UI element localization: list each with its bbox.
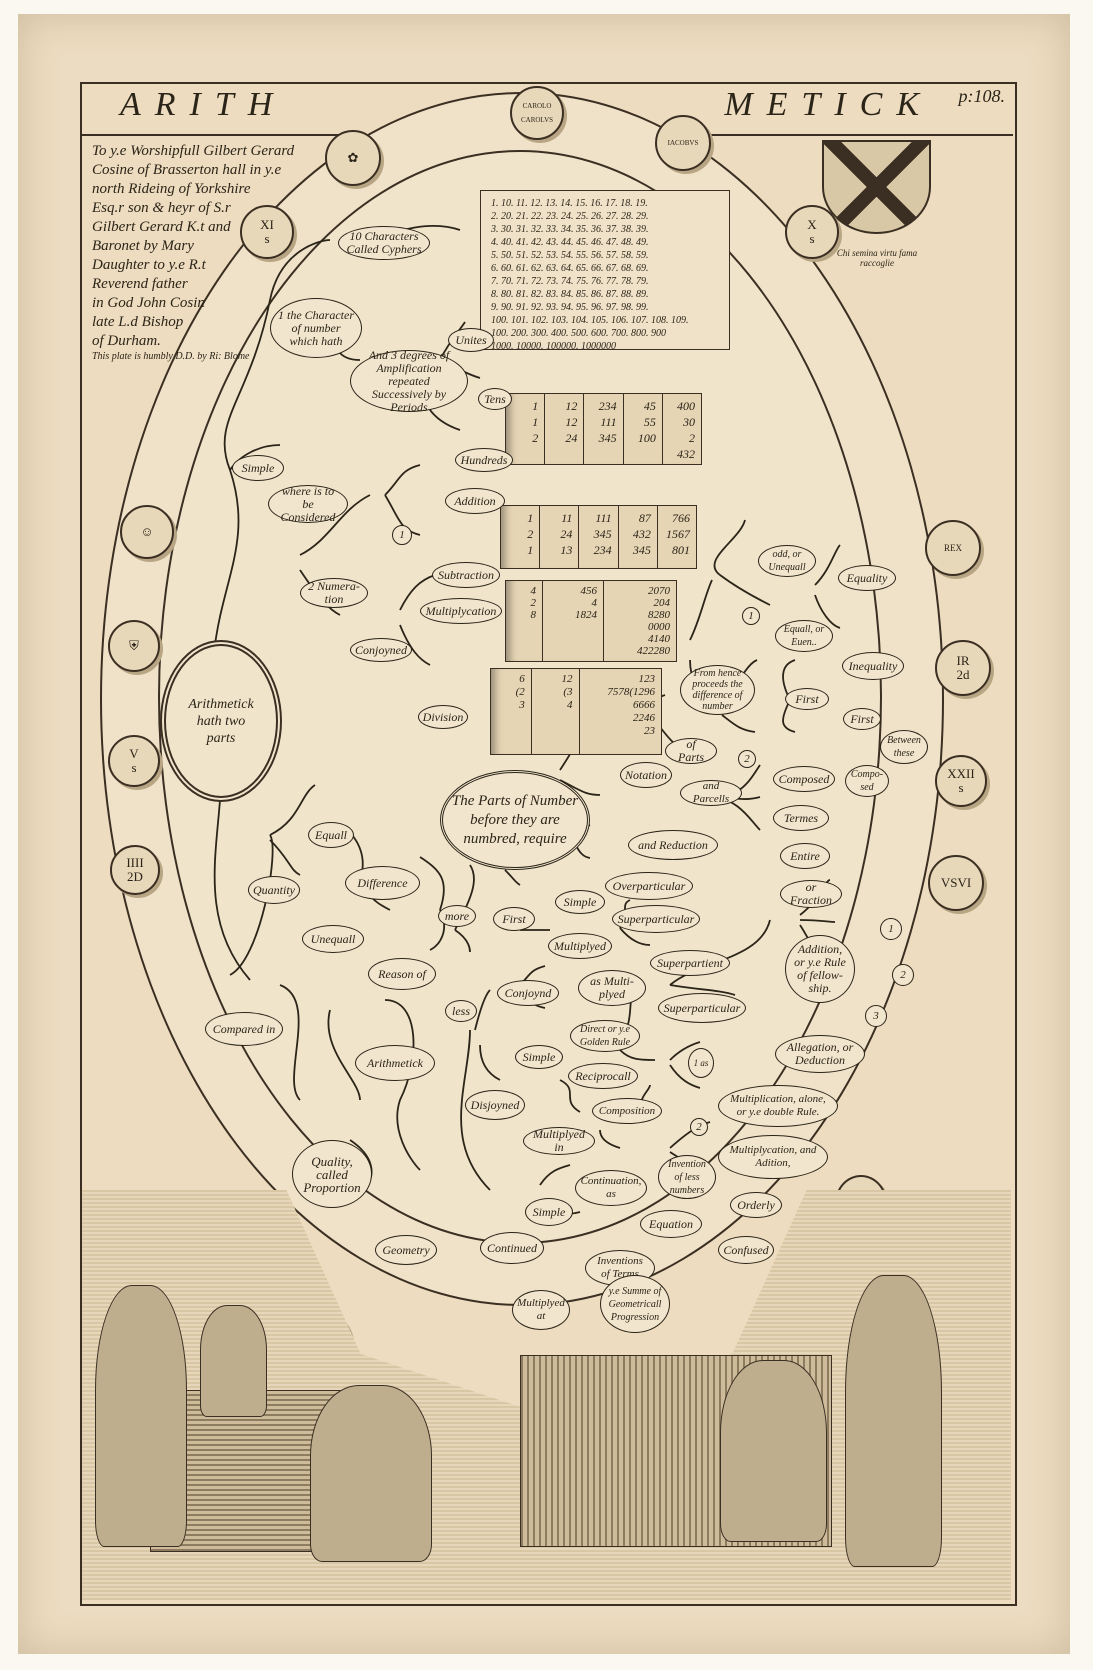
numbers-scroll: 1. 10. 11. 12. 13. 14. 15. 16. 17. 18. 1… <box>480 190 730 350</box>
node-first-c: First <box>493 907 535 931</box>
node-circle-1: 1 <box>392 525 412 545</box>
node-odd-unequall: odd, or Unequall <box>758 545 816 577</box>
coin-crown-v-icon: V s <box>108 735 160 787</box>
node-composed-a: Composed <box>773 766 835 792</box>
coin-vsvi-icon: VSVI <box>928 855 984 911</box>
node-overparticular: Overparticular <box>605 872 693 900</box>
node-difference-of-number: From hence proceeds the difference of nu… <box>680 665 755 715</box>
node-called-cyphers: 10 Characters Called Cyphers <box>338 226 430 260</box>
node-termes: Termes <box>773 805 829 831</box>
node-circle-2-comp: 2 <box>690 1118 708 1136</box>
coin-shield-icon: ⛨ <box>108 620 160 672</box>
seated-youth-figure <box>200 1305 267 1417</box>
node-multiplycation: Multiplycation <box>420 598 502 624</box>
node-less: less <box>445 1000 477 1022</box>
node-superparticular-a: Superparticular <box>612 905 700 933</box>
node-disjoyned: Disjoyned <box>465 1090 525 1120</box>
node-addition: Addition <box>445 488 505 514</box>
coin-iacobus-icon: IACOBVS <box>655 115 711 171</box>
node-continued: Continued <box>480 1232 544 1264</box>
node-equall-even: Equall, or Euen.. <box>775 620 833 652</box>
node-quantity: Quantity <box>248 876 300 904</box>
node-and-parcells: and Parcells <box>680 780 742 806</box>
node-allegation: Allegation, or Deduction <box>775 1035 865 1073</box>
node-notation: Notation <box>620 762 672 788</box>
coin-iiii-icon: IIII 2D <box>110 845 160 895</box>
node-tens: Tens <box>478 388 512 410</box>
node-difference: Difference <box>345 866 420 900</box>
node-fellowship-1: 1 <box>880 918 902 940</box>
subtraction-scroll: 1 2 111 24 13 111 345 23487 432 345 766 … <box>500 505 697 569</box>
node-division: Division <box>418 705 468 729</box>
node-continuation: Continuation, as <box>575 1170 647 1206</box>
node-multiplyed-a: Multiplyed <box>548 933 612 959</box>
node-mult-alone: Multiplication, alone, or y.e double Rul… <box>718 1085 838 1127</box>
node-equality: Equality <box>838 565 896 591</box>
addition-scroll: 1 1 212 12 24 234 111 34545 55 100 400 3… <box>505 393 702 465</box>
node-addition-fellowship: Addition, or y.e Rule of fellow- ship. <box>785 935 855 1003</box>
node-fellowship-3: 3 <box>865 1005 887 1027</box>
kneeling-scholar-figure <box>310 1385 432 1562</box>
node-subtraction: Subtraction <box>432 562 500 588</box>
allegorical-woman-figure <box>845 1275 942 1567</box>
node-reciprocall: Reciprocall <box>568 1063 638 1089</box>
node-more: more <box>438 905 476 927</box>
node-arithmetick: Arithmetick <box>355 1045 435 1081</box>
node-numeration: 2 Numera- tion <box>300 578 368 608</box>
node-multiplyed-in: Multiplyed in <box>523 1127 595 1155</box>
node-and-reduction: and Reduction <box>628 830 718 860</box>
coin-ir-icon: IR 2d <box>935 640 991 696</box>
node-equation: Equation <box>640 1210 702 1238</box>
node-reason-of: Reason of <box>368 958 436 990</box>
coin-carolo-icon: CAROLO CAROLVS <box>510 86 564 140</box>
node-superpartient: Superpartient <box>650 950 730 976</box>
node-equall: Equall <box>308 822 354 848</box>
node-simple-d: Simple <box>515 1045 563 1069</box>
node-degrees-amplification: And 3 degrees of Amplification repeated … <box>350 350 468 412</box>
node-simple-e: Simple <box>525 1198 573 1226</box>
node-invention-less: Invention of less numbers <box>658 1155 716 1199</box>
node-fellowship-2: 2 <box>892 964 914 986</box>
multiplication-scroll: 4 2 8 456 4 1824 2070 204 8280 0000 4140… <box>505 580 677 662</box>
standing-scholar-figure <box>95 1285 187 1547</box>
node-conjoyned: Conjoyned <box>350 638 412 662</box>
node-compared-in: Compared in <box>205 1012 283 1046</box>
node-composed-b: Compo- sed <box>845 765 889 797</box>
node-multiplyed-at: Multiplyed at <box>512 1290 570 1330</box>
node-simple-c: Simple <box>555 890 605 914</box>
node-unites: Unites <box>448 328 494 352</box>
node-simple-top: Simple <box>232 455 284 481</box>
node-circle-1-right: 1 <box>742 607 760 625</box>
node-confused: Confused <box>718 1236 774 1264</box>
node-or-fraction: or Fraction <box>780 880 842 908</box>
node-parts-of-number: The Parts of Number before they are numb… <box>440 770 590 870</box>
coin-x-icon: X s <box>785 205 839 259</box>
node-between-these: Between these <box>880 730 928 764</box>
writing-scholar-figure <box>720 1360 827 1542</box>
node-conjoynd: Conjoynd <box>497 980 559 1006</box>
node-first-b: First <box>843 708 881 730</box>
node-as-multiplyed: as Multi- plyed <box>578 970 646 1006</box>
node-entire: Entire <box>780 843 830 869</box>
node-unequall: Unequall <box>302 925 364 953</box>
node-composition: Composition <box>592 1098 662 1124</box>
node-direct-golden-rule: Direct or y.e Golden Rule <box>570 1020 640 1052</box>
node-hundreds: Hundreds <box>455 448 513 472</box>
node-inequality: Inequality <box>842 652 904 680</box>
node-geometry: Geometry <box>375 1235 437 1265</box>
node-of-parts: of Parts <box>665 738 717 764</box>
node-circle-2-right: 2 <box>738 750 756 768</box>
coin-portrait-icon: ☺ <box>120 505 174 559</box>
coin-xi-icon: XI s <box>240 205 294 259</box>
coin-xxii-icon: XXII s <box>935 755 987 807</box>
node-orderly: Orderly <box>730 1192 782 1218</box>
node-mult-addition: Multiplycation, and Adition, <box>718 1135 828 1179</box>
coin-thistle-icon: ✿ <box>325 130 381 186</box>
node-circle-1-as: 1 as <box>688 1048 714 1078</box>
node-first-a: First <box>785 688 829 710</box>
node-quality-proportion: Quality, called Proportion <box>292 1140 372 1208</box>
node-superparticular-b: Superparticular <box>658 993 746 1023</box>
arithmetick-cartouche: Arithmetickhath twoparts <box>160 640 282 802</box>
node-where-considered: where is to be Considered <box>268 485 348 523</box>
node-summe-geometricall: y.e Summe of Geometricall Progression <box>600 1275 670 1333</box>
node-character-of-number: 1 the Character of number which hath <box>270 298 362 358</box>
division-scroll: 6 (2 3 12 (3 4 123 7578(1296 6666 2246 2… <box>490 668 662 755</box>
coin-rex-icon: REX <box>925 520 981 576</box>
